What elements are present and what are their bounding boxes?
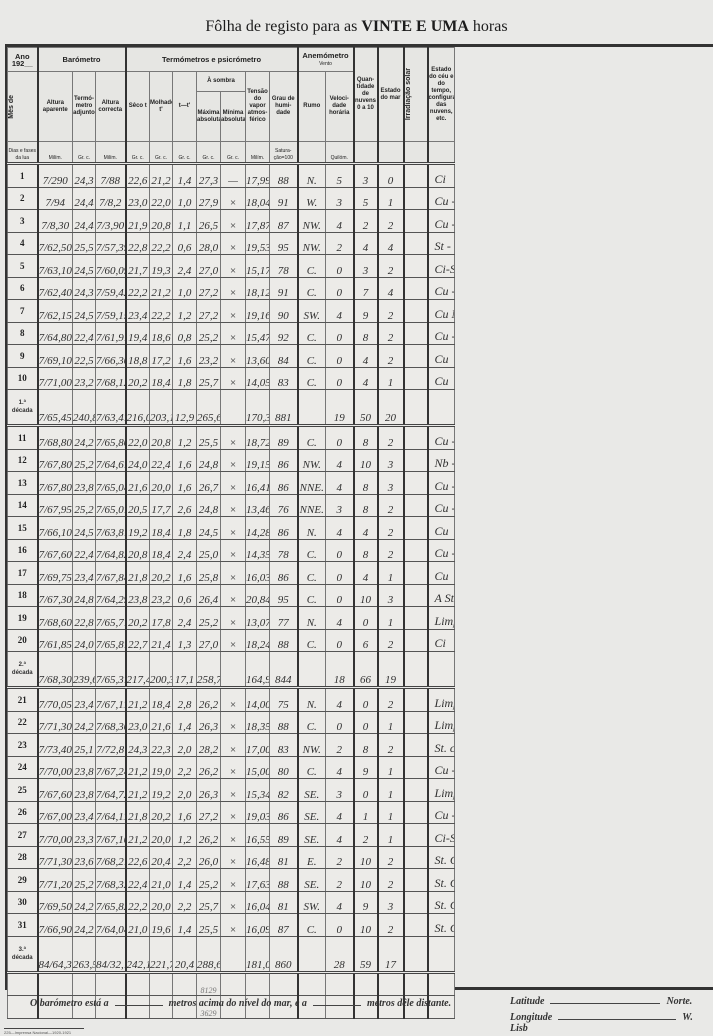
cell-diff: 1,6 (173, 449, 197, 472)
cell-velocidade: 4 (326, 472, 354, 495)
cell-altura-aparente: 7/62,40 (38, 277, 73, 300)
header-maxima: Máxima absoluta (197, 92, 221, 142)
cell-tensao: 18,04 (246, 187, 270, 210)
cell-nuvens: 4 (354, 517, 378, 540)
cell-molhado: 18,6 (150, 322, 173, 345)
cell-molhado (150, 972, 173, 996)
cell-estado-ceu: St. Cu (428, 869, 455, 892)
cell-grau: 83 (270, 734, 298, 757)
cell-molhado: 20,0 (150, 891, 173, 914)
day-number: 14 (8, 494, 38, 517)
cell-minima (221, 936, 246, 972)
cell-estado-ceu: Ci (428, 164, 455, 188)
cell-altura-aparente: 7/61,85 (38, 629, 73, 652)
cell-estado-ceu: Limpo (428, 607, 455, 630)
cell-maxima: 25,0 (197, 539, 221, 562)
header-molhado: Molhado t' (150, 72, 173, 142)
cell-altura-correcta: 7/60,09 (96, 255, 126, 278)
cell-rumo: N. (298, 607, 326, 630)
cell-seco: 20,2 (126, 607, 150, 630)
register-sheet: Ano 192__ Barómetro Termómetros e psicró… (5, 44, 713, 990)
cell-molhado: 22,3 (150, 734, 173, 757)
cell-termometro-adjunto: 23,8 (73, 779, 96, 802)
distance-field[interactable] (313, 1005, 361, 1006)
cell-velocidade: 0 (326, 711, 354, 734)
cell-rumo: SW. (298, 891, 326, 914)
table-row: 187/67,3024,87/64,2923,823,20,626,4×20,8… (8, 584, 713, 607)
cell-seco: 23,0 (126, 187, 150, 210)
cell-termometro-adjunto: 25,2 (73, 869, 96, 892)
cell-nuvens: 3 (354, 164, 378, 188)
cell-rumo: C. (298, 562, 326, 585)
cell-tensao: 16,55 (246, 824, 270, 847)
cell-rumo (298, 652, 326, 688)
cell-maxima: 28,2 (197, 734, 221, 757)
cell-tensao: 15,00 (246, 756, 270, 779)
cell-velocidade: 28 (326, 936, 354, 972)
day-number: 24 (8, 756, 38, 779)
cell-altura-aparente: 7/66,10 (38, 517, 73, 540)
cell-minima: × (221, 300, 246, 323)
cell-altura-aparente: 7/70,00 (38, 756, 73, 779)
cell-seco: 24,0 (126, 449, 150, 472)
cell-altura-correcta: 7/67,24 (96, 756, 126, 779)
table-row: 17/29024,37/8822,621,21,427,3—17,9988N.5… (8, 164, 713, 188)
cell-grau: 76 (270, 494, 298, 517)
table-row: 47/62,5025,57/57,3922,822,20,628,0×19,53… (8, 232, 713, 255)
cell-nuvens: 3 (354, 255, 378, 278)
cell-rumo: N. (298, 517, 326, 540)
cell-termometro-adjunto: 23,4 (73, 562, 96, 585)
day-number: 4 (8, 232, 38, 255)
cell-diff (173, 972, 197, 996)
cell-mar: 2 (378, 426, 404, 450)
cell-grau: 860 (270, 936, 298, 972)
cell-grau: 88 (270, 629, 298, 652)
cell-tensao: 14,00 (246, 688, 270, 712)
cell-velocidade: 4 (326, 300, 354, 323)
cell-tensao: 170,35 (246, 390, 270, 426)
cell-altura-correcta: 7/72,8 (96, 734, 126, 757)
day-number: 18 (8, 584, 38, 607)
cell-velocidade: 3 (326, 494, 354, 517)
cell-minima: × (221, 345, 246, 368)
cell-velocidade: 19 (326, 390, 354, 426)
unit-nuvens (354, 142, 378, 164)
cell-termometro-adjunto: 23,8 (73, 472, 96, 495)
cell-mar: 3 (378, 449, 404, 472)
cell-seco: 216,0 (126, 390, 150, 426)
cell-termometro-adjunto: 23,8 (73, 756, 96, 779)
cell-irradiacao (404, 300, 428, 323)
header-velocidade: Veloci-dade horária (326, 72, 354, 142)
cell-tensao: 17,00 (246, 734, 270, 757)
cell-altura-correcta: 7/65,04 (96, 472, 126, 495)
cell-diff: 2,0 (173, 779, 197, 802)
cell-minima: × (221, 426, 246, 450)
cell-grau: 95 (270, 584, 298, 607)
cell-diff: 2,2 (173, 756, 197, 779)
printer-imprint: 225—Imprensa Nacional—1920-1921 (4, 1028, 84, 1035)
cell-mar: 1 (378, 607, 404, 630)
cell-velocidade: 4 (326, 891, 354, 914)
cell-grau: 88 (270, 164, 298, 188)
cell-estado-ceu: Cu - chuva antes do obs. (428, 210, 455, 233)
cell-altura-aparente: 7/63,10 (38, 255, 73, 278)
barometer-note: O barómetro está ametros acima do nível … (30, 998, 451, 1009)
cell-maxima: 27,0 (197, 255, 221, 278)
cell-altura-aparente: 7/64,80 (38, 322, 73, 345)
cell-irradiacao (404, 562, 428, 585)
cell-velocidade: 0 (326, 322, 354, 345)
cell-estado-ceu: St. Cu - A St. (428, 846, 455, 869)
cell-nuvens: 8 (354, 539, 378, 562)
cell-diff: 1,8 (173, 517, 197, 540)
cell-diff: 12,9 (173, 390, 197, 426)
cell-nuvens: 9 (354, 891, 378, 914)
cell-termometro-adjunto: 23,4 (73, 801, 96, 824)
cell-molhado: 22,2 (150, 232, 173, 255)
cell-diff: 2,0 (173, 734, 197, 757)
cell-tensao: 17,99 (246, 164, 270, 188)
cell-velocidade: 18 (326, 652, 354, 688)
day-number: 3 (8, 210, 38, 233)
cell-maxima: 26,4 (197, 584, 221, 607)
cell-molhado: 221,7 (150, 936, 173, 972)
cell-altura-correcta: 7/59,15 (96, 300, 126, 323)
cell-nuvens: 10 (354, 869, 378, 892)
header-mes: Mês de (8, 72, 38, 142)
cell-molhado: 20,8 (150, 426, 173, 450)
cell-maxima: 27,2 (197, 277, 221, 300)
cell-nuvens: 4 (354, 345, 378, 368)
day-number: 21 (8, 688, 38, 712)
cell-irradiacao (404, 756, 428, 779)
cell-molhado: 20,0 (150, 824, 173, 847)
blank-row: 8129 (8, 972, 713, 996)
cell-estado-ceu: Cu (428, 367, 455, 390)
cell-minima: × (221, 517, 246, 540)
cell-velocidade: 2 (326, 232, 354, 255)
decade-label: 3.ª década (8, 936, 38, 972)
cell-velocidade: 3 (326, 779, 354, 802)
unit-grau: Satura-ção=100 (270, 142, 298, 164)
cell-velocidade (326, 972, 354, 996)
cell-rumo: C. (298, 345, 326, 368)
cell-maxima: 25,2 (197, 322, 221, 345)
header-anemometro: Anemómetro Vento (298, 48, 354, 72)
cell-seco: 19,2 (126, 517, 150, 540)
cell-altura-aparente: 7/71,00 (38, 367, 73, 390)
cell-irradiacao (404, 232, 428, 255)
cell-velocidade: 4 (326, 607, 354, 630)
cell-diff: 0,6 (173, 584, 197, 607)
cell-seco: 22,2 (126, 277, 150, 300)
cell-mar (378, 972, 404, 996)
cell-maxima: 27,2 (197, 300, 221, 323)
cell-altura-correcta: 84/32,11 (96, 936, 126, 972)
day-number: 10 (8, 367, 38, 390)
cell-rumo: C. (298, 426, 326, 450)
cell-diff: 1,0 (173, 277, 197, 300)
cell-rumo: NNE. (298, 494, 326, 517)
cell-grau: 77 (270, 607, 298, 630)
cell-maxima: 26,3 (197, 779, 221, 802)
cell-altura-aparente: 7/68,60 (38, 607, 73, 630)
cell-molhado: 17,2 (150, 345, 173, 368)
cell-diff: 1,2 (173, 824, 197, 847)
cell-termometro-adjunto: 24,4 (73, 187, 96, 210)
cell-mar: 1 (378, 801, 404, 824)
cell-altura-aparente: 7/73,40 (38, 734, 73, 757)
cell-altura-aparente: 7/67,30 (38, 584, 73, 607)
cell-seco: 23,8 (126, 584, 150, 607)
cell-maxima: 288,6 (197, 936, 221, 972)
cell-irradiacao (404, 322, 428, 345)
cell-altura-aparente: 7/67,60 (38, 779, 73, 802)
cell-altura-aparente: 7/62,15 (38, 300, 73, 323)
header-irradiacao: Irradiação solar (404, 48, 428, 142)
cell-mar: 2 (378, 322, 404, 345)
cell-mar: 1 (378, 187, 404, 210)
cell-velocidade: 4 (326, 801, 354, 824)
cell-rumo: NW. (298, 210, 326, 233)
header-nuvens: Quan-tidade de nuvens 0 a 10 (354, 48, 378, 142)
table-row: 217/70,0523,47/67,1121,218,42,826,2×14,0… (8, 688, 713, 712)
cell-tensao: 17,87 (246, 210, 270, 233)
cell-estado-ceu: Ci-St. (428, 255, 455, 278)
cell-seco: 21,2 (126, 756, 150, 779)
cell-rumo: W. (298, 187, 326, 210)
cell-mar: 2 (378, 517, 404, 540)
cell-rumo: C. (298, 255, 326, 278)
cell-diff: 1,6 (173, 562, 197, 585)
cell-rumo: SE. (298, 869, 326, 892)
cell-seco: 20,8 (126, 539, 150, 562)
table-row: 267/67,0023,47/64,1121,820,21,627,2×19,0… (8, 801, 713, 824)
cell-nuvens: 6 (354, 629, 378, 652)
cell-grau: 81 (270, 891, 298, 914)
cell-minima: × (221, 539, 246, 562)
cell-altura-aparente: 7/67,60 (38, 539, 73, 562)
cell-molhado: 20,4 (150, 846, 173, 869)
cell-seco: 22,2 (126, 891, 150, 914)
cell-altura-aparente: 7/66,90 (38, 914, 73, 937)
cell-rumo: C. (298, 756, 326, 779)
cell-maxima: 24,8 (197, 494, 221, 517)
cell-velocidade: 0 (326, 426, 354, 450)
decade-total-row: 1.ª década7/65,450240,87/63,478216,0203,… (8, 390, 713, 426)
cell-grau: 91 (270, 277, 298, 300)
day-number: 16 (8, 539, 38, 562)
cell-nuvens: 2 (354, 824, 378, 847)
table-row: 117/68,8024,27/65,8022,020,81,225,5×18,7… (8, 426, 713, 450)
day-number: 11 (8, 426, 38, 450)
cell-seco: 24,3 (126, 734, 150, 757)
header-seco: Sêco t (126, 72, 150, 142)
cell-altura-aparente: 7/94 (38, 187, 73, 210)
table-row: 207/61,8524,07/65,8722,721,41,327,0×18,2… (8, 629, 713, 652)
cell-diff: 1,6 (173, 801, 197, 824)
cell-termometro-adjunto: 22,5 (73, 345, 96, 368)
cell-grau: 84 (270, 345, 298, 368)
weather-register-table: Ano 192__ Barómetro Termómetros e psicró… (7, 47, 713, 1019)
cell-rumo: C. (298, 584, 326, 607)
cell-irradiacao (404, 652, 428, 688)
cell-altura-aparente: 7/67,80 (38, 449, 73, 472)
cell-maxima: 25,7 (197, 367, 221, 390)
cell-grau: 88 (270, 711, 298, 734)
cell-maxima: 28,0 (197, 232, 221, 255)
cell-tensao: 13,60 (246, 345, 270, 368)
table-row: 307/69,5024,27/65,8222,220,02,225,7×16,0… (8, 891, 713, 914)
cell-altura-correcta: 7/64,82 (96, 539, 126, 562)
cell-grau: 82 (270, 779, 298, 802)
cell-minima: × (221, 187, 246, 210)
cell-tensao: 19,16 (246, 300, 270, 323)
cell-molhado: 19,2 (150, 779, 173, 802)
cell-altura-correcta: 7/65,77 (96, 607, 126, 630)
cell-minima: × (221, 846, 246, 869)
altitude-field[interactable] (115, 1005, 163, 1006)
cell-nuvens: 4 (354, 562, 378, 585)
cell-estado-ceu (428, 652, 455, 688)
cell-seco: 22,7 (126, 629, 150, 652)
cell-termometro-adjunto: 22,8 (73, 607, 96, 630)
latitude-field[interactable] (550, 1003, 660, 1004)
cell-irradiacao (404, 972, 428, 996)
cell-molhado: 17,8 (150, 607, 173, 630)
table-row: 37/8,3024,47/3,9021,920,81,126,5×17,8787… (8, 210, 713, 233)
cell-mar: 1 (378, 711, 404, 734)
cell-rumo: SE. (298, 824, 326, 847)
cell-maxima: 23,2 (197, 345, 221, 368)
cell-mar: 3 (378, 584, 404, 607)
cell-mar: 0 (378, 164, 404, 188)
cell-molhado: 19,3 (150, 255, 173, 278)
cell-mar: 2 (378, 494, 404, 517)
cell-molhado: 20,2 (150, 562, 173, 585)
header-barometro: Barómetro (38, 48, 126, 72)
cell-estado-ceu: St. Cu (428, 914, 455, 937)
cell-seco: 22,8 (126, 232, 150, 255)
cell-rumo (298, 972, 326, 996)
cell-irradiacao (404, 846, 428, 869)
cell-maxima: 26,0 (197, 846, 221, 869)
cell-termometro-adjunto: 24,3 (73, 164, 96, 188)
cell-seco (126, 972, 150, 996)
cell-diff: 1,8 (173, 367, 197, 390)
cell-irradiacao (404, 779, 428, 802)
cell-irradiacao (404, 449, 428, 472)
cell-rumo: E. (298, 846, 326, 869)
cell-termometro-adjunto: 24,8 (73, 584, 96, 607)
cell-molhado: 18,4 (150, 688, 173, 712)
cell-seco: 242,1 (126, 936, 150, 972)
cell-altura-aparente: 7/67,80 (38, 472, 73, 495)
cell-diff: 0,6 (173, 232, 197, 255)
cell-estado-ceu (428, 936, 455, 972)
cell-altura-aparente: 7/70,00 (38, 824, 73, 847)
cell-altura-correcta: 7/63,81 (96, 517, 126, 540)
cell-grau: 86 (270, 562, 298, 585)
cell-grau: 75 (270, 688, 298, 712)
cell-nuvens: 66 (354, 652, 378, 688)
cell-molhado: 19,6 (150, 914, 173, 937)
cell-irradiacao (404, 801, 428, 824)
cell-maxima: 27,9 (197, 187, 221, 210)
cell-maxima: 24,5 (197, 517, 221, 540)
cell-mar: 3 (378, 891, 404, 914)
cell-tensao: 20,84 (246, 584, 270, 607)
cell-mar: 17 (378, 936, 404, 972)
cell-altura-aparente: 7/69,10 (38, 345, 73, 368)
cell-irradiacao (404, 824, 428, 847)
header-dias: Dias e fases da lua (8, 142, 38, 164)
cell-minima: × (221, 734, 246, 757)
cell-nuvens: 8 (354, 734, 378, 757)
cell-tensao: 16,41 (246, 472, 270, 495)
cell-mar: 1 (378, 562, 404, 585)
cell-estado-ceu: Cu Nb - St. Cu - A St. (428, 300, 455, 323)
longitude-field[interactable] (558, 1019, 676, 1020)
cell-altura-aparente: 7/290 (38, 164, 73, 188)
cell-minima: × (221, 210, 246, 233)
cell-minima (221, 972, 246, 996)
cell-minima: × (221, 756, 246, 779)
cell-estado-ceu: Cu - St - Cu (428, 494, 455, 517)
table-row: 297/71,2025,27/68,3222,421,01,425,2×17,6… (8, 869, 713, 892)
cell-nuvens: 0 (354, 607, 378, 630)
cell-grau: 86 (270, 449, 298, 472)
cell-nuvens: 8 (354, 426, 378, 450)
cell-diff: 2,8 (173, 688, 197, 712)
cell-tensao: 16,09 (246, 914, 270, 937)
table-row: 227/71,3024,27/68,3023,021,61,426,3×18,3… (8, 711, 713, 734)
unit-minima: Gr. c. (221, 142, 246, 164)
cell-rumo: C. (298, 914, 326, 937)
cell-nuvens: 0 (354, 688, 378, 712)
day-number: 29 (8, 869, 38, 892)
cell-maxima: 24,8 (197, 449, 221, 472)
day-number: 9 (8, 345, 38, 368)
cell-termometro-adjunto: 25,1 (73, 734, 96, 757)
table-row: 317/66,9024,27/64,0421,019,61,425,5×16,0… (8, 914, 713, 937)
cell-grau: 86 (270, 517, 298, 540)
cell-nuvens: 5 (354, 187, 378, 210)
cell-irradiacao (404, 187, 428, 210)
cell-molhado: 18,4 (150, 367, 173, 390)
cell-estado-ceu: Cu - St. Cu - A St. (428, 426, 455, 450)
cell-rumo (298, 936, 326, 972)
cell-estado-ceu: St. Cu (428, 891, 455, 914)
cell-altura-correcta: 7/64,04 (96, 914, 126, 937)
cell-molhado: 22,2 (150, 300, 173, 323)
cell-mar: 4 (378, 277, 404, 300)
cell-tensao: 15,47 (246, 322, 270, 345)
cell-mar: 2 (378, 210, 404, 233)
cell-tensao: 15,17 (246, 255, 270, 278)
day-number: 23 (8, 734, 38, 757)
day-number: 28 (8, 846, 38, 869)
cell-tensao: 18,72 (246, 426, 270, 450)
cell-maxima: 25,2 (197, 869, 221, 892)
cell-maxima: 27,3 (197, 164, 221, 188)
cell-irradiacao (404, 891, 428, 914)
cell-grau: 78 (270, 255, 298, 278)
cell-altura-correcta: 7/88 (96, 164, 126, 188)
cell-rumo: C. (298, 711, 326, 734)
